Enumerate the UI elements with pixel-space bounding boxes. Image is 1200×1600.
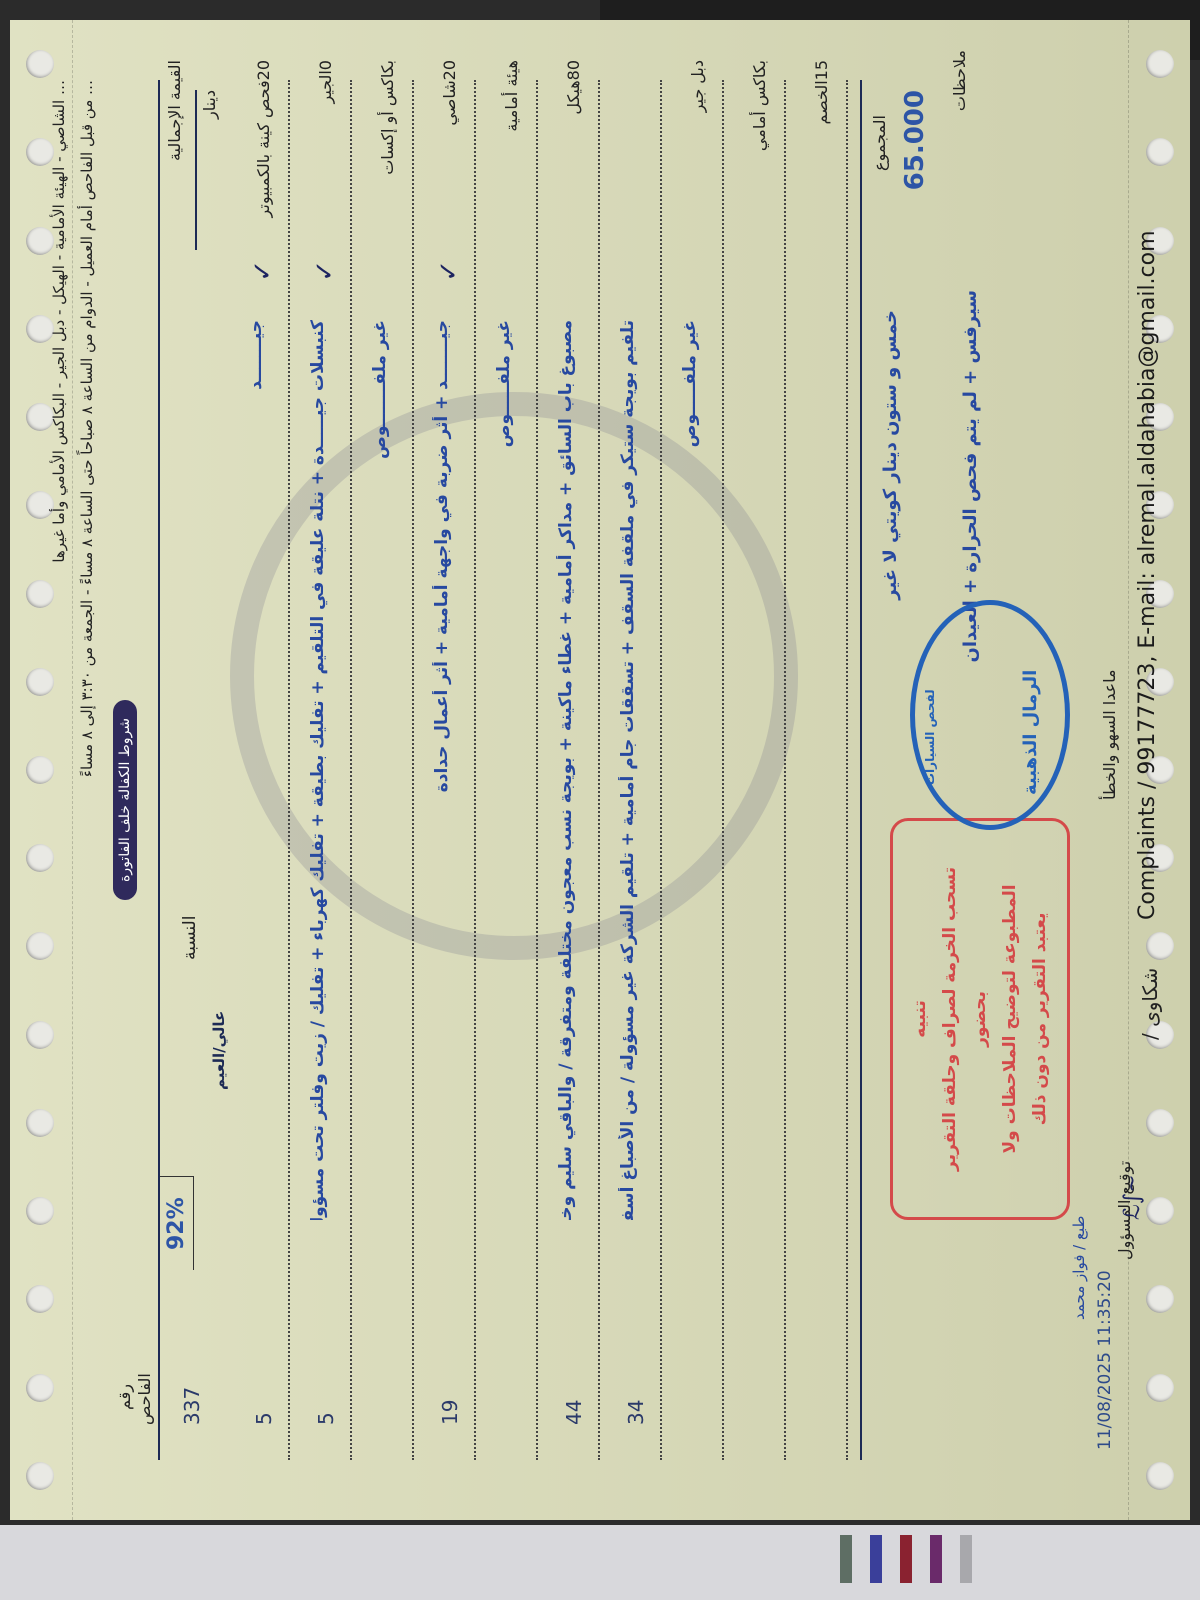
printed-by-name: فواز محمد	[1070, 1255, 1088, 1320]
color-swatch	[960, 1535, 972, 1583]
percentage-note: عالي/العيم	[210, 1011, 228, 1090]
total-value-label: القيمة الإجمالية	[165, 60, 184, 161]
invoice-sheet: … الشاصي - الهيئة الأمامية - الهيكل - دب…	[10, 20, 1190, 1520]
row-remark: تلفيم بويجة ستيكر في ملقفة السقف + تسققا…	[618, 320, 638, 1220]
row-divider	[474, 80, 476, 1460]
percentage-value: 92%	[164, 1197, 189, 1250]
row-divider	[412, 80, 414, 1460]
header-text-2: … الشاصي - الهيئة الأمامية - الهيكل - دب…	[50, 80, 68, 1460]
row-label: 80هيكل	[564, 60, 583, 115]
company-name: الرمال الذهبية	[1020, 670, 1041, 795]
company-subtitle: لفحص السيارات	[923, 689, 937, 785]
row-score: 5	[252, 1412, 276, 1425]
row-label: دبل جير	[688, 60, 707, 112]
handwritten-signature: ℒ∫~	[1120, 1174, 1145, 1220]
percentage-label: النسبة	[180, 916, 200, 960]
row-label: 0الجير	[316, 60, 335, 104]
row-remark: جيـــــــد	[246, 320, 266, 390]
row-remark: جيـــــــد + أثر ضربة في واجهة أمامية + …	[432, 320, 452, 792]
print-datetime: 11/08/2025 11:35:20	[1095, 1270, 1115, 1450]
row-label: 20فحص كينة بالكمبيوتر	[254, 60, 273, 217]
perforation-line	[1128, 20, 1129, 1520]
amount-in-words: خمس و ستون دينار كويتي لا غير	[880, 310, 901, 600]
row-score: 44	[562, 1400, 586, 1425]
row-label: بكاكس أمامي	[750, 60, 769, 151]
notice-stamp: تنبيه تسحب الخرمة لصراف وحلقة التقرير بح…	[890, 818, 1070, 1220]
row-score: 34	[624, 1400, 648, 1425]
color-swatches	[840, 1535, 972, 1583]
row-remark: مصبوغ باب السائق + مداكر أمامية + غطاء م…	[556, 320, 576, 1220]
notice-title: تنبيه	[905, 839, 935, 1199]
total-label: المجموع	[870, 115, 889, 171]
row-remark: غير ملفـــــــوص	[370, 320, 390, 459]
column-divider	[195, 90, 197, 250]
row-remark: غير ملفـــــوص	[494, 320, 514, 447]
row-score: 5	[314, 1412, 338, 1425]
color-swatch	[870, 1535, 882, 1583]
color-swatch	[900, 1535, 912, 1583]
color-swatch	[930, 1535, 942, 1583]
notice-line: المطبوعة لتوضيح الملاحظات ولا	[995, 839, 1025, 1199]
check-mark-icon: ✓	[434, 260, 464, 282]
row-label: 15الخصم	[812, 60, 831, 125]
phone-number: 99177723,	[1135, 656, 1160, 775]
row-divider	[536, 80, 538, 1460]
color-swatch	[840, 1535, 852, 1583]
row-score: 19	[438, 1400, 462, 1425]
check-mark-icon: ✓	[310, 260, 340, 282]
row-remark: غير ملفـــــوص	[680, 320, 700, 447]
row-divider	[784, 80, 786, 1460]
row-remark: كنبسلات جيـــــدة + نتلة عليقة في التلقي…	[308, 320, 328, 1220]
perforation-line	[72, 20, 73, 1520]
row-divider	[846, 80, 848, 1460]
complaints-label-en: Complaints /	[1135, 782, 1160, 920]
notice-line: تسحب الخرمة لصراف وحلقة التقرير بحضور	[935, 839, 995, 1199]
email-address: E-mail: alremal.aldahabia@gmail.com	[1135, 230, 1160, 648]
notes-label: ملاحظات	[950, 50, 969, 111]
desk-background	[0, 1525, 1200, 1600]
number-label: رقم	[115, 1384, 134, 1410]
row-label: 20شاصي	[440, 60, 459, 126]
row-label: بكاكس أو إكسات	[378, 60, 397, 175]
total-value: 65.000	[900, 90, 930, 190]
summary-line	[860, 80, 862, 1460]
row-divider	[598, 80, 600, 1460]
header-text-1: … من قبل الفاحص أمام العميل - الدوام من …	[78, 80, 96, 1460]
row-label: هيئة أمامية	[502, 60, 521, 132]
printed-by: طبع / فواز محمد	[1070, 1216, 1088, 1320]
check-mark-icon: ✓	[248, 260, 278, 282]
examiner-score: 337	[180, 1387, 204, 1425]
contact-line: Complaints / 99177723, E-mail: alremal.a…	[1135, 230, 1160, 920]
row-divider	[722, 80, 724, 1460]
notice-line: يعتبد التقرير من دون ذلك	[1025, 839, 1055, 1199]
row-divider	[660, 80, 662, 1460]
company-stamp: الرمال الذهبية لفحص السيارات	[910, 600, 1070, 830]
printed-by-label: طبع /	[1070, 1216, 1088, 1250]
examiner-label: الفاحص	[135, 1373, 154, 1425]
row-divider	[350, 80, 352, 1460]
warranty-terms-badge: شروط الكفالة خلف الفاتورة	[113, 700, 137, 900]
currency-label: دينار	[200, 90, 219, 119]
paper: … الشاصي - الهيئة الأمامية - الهيكل - دب…	[10, 20, 1190, 1520]
complaints-label: شكاوى /	[1138, 968, 1162, 1040]
row-divider	[288, 80, 290, 1460]
percentage-box: 92%	[160, 1176, 194, 1270]
disclaimer: ماعدا السهو والخطأ	[1100, 669, 1119, 800]
